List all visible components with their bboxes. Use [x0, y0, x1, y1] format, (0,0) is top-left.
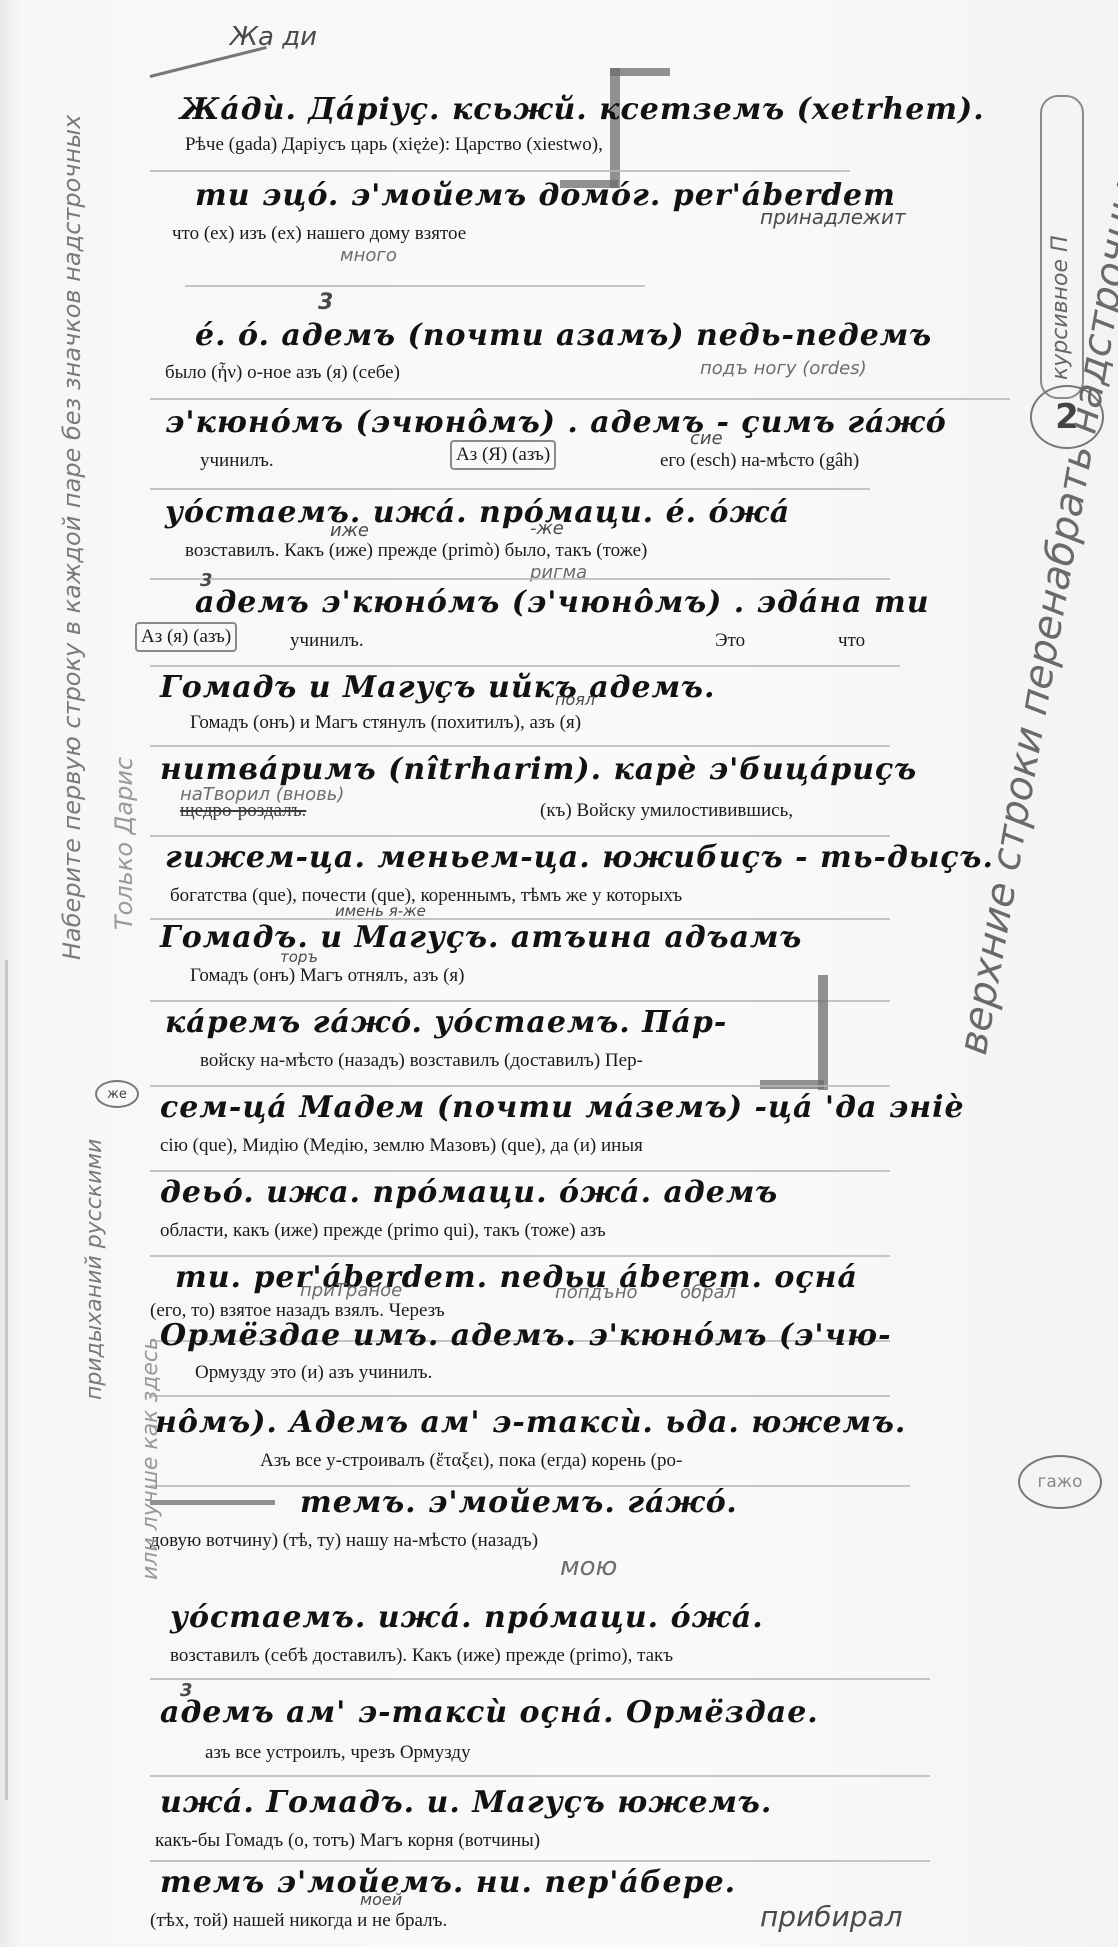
left-margin-circle-mark: же — [95, 1080, 139, 1108]
pencil-rule — [150, 1255, 890, 1257]
gloss-line: области, какъ (иже) прежде (primo qui), … — [160, 1220, 606, 1242]
pencil-bracket-mark — [610, 68, 670, 76]
pencil-rule — [150, 1170, 890, 1172]
gloss-line: азъ все устроилъ, чрезъ Ормузду — [205, 1742, 471, 1764]
gloss-line: какъ-бы Гомадъ (о, тотъ) Магъ корня (вот… — [155, 1830, 540, 1852]
handwritten-correction: прибирал — [760, 1900, 903, 1933]
pencil-bracket-mark — [818, 975, 828, 1090]
original-line: сем-цá Мадем (почти мáземъ) -цá 'да энiè — [160, 1090, 965, 1125]
gloss-line-struck: щедро-роздалъ. — [180, 800, 306, 822]
handwritten-number: 3 — [318, 290, 333, 315]
gloss-line: богатства (que), почести (que), коренным… — [170, 885, 682, 907]
handwritten-correction: поял — [555, 690, 595, 709]
gloss-line: учинилъ. — [290, 630, 364, 652]
handwritten-correction: -же — [530, 518, 564, 539]
original-line: Ормёздае имъ. адемъ. э'кюнóмъ (э'чю- — [160, 1318, 892, 1353]
handwritten-correction: моей — [360, 1890, 402, 1909]
right-margin-large-note: верхние строки перенабрать надстрочных — [950, 155, 1118, 1058]
handwritten-correction: иже — [330, 520, 369, 541]
original-line: э'кюнóмъ (эчюнôмъ) . адемъ - çимъ гáжó — [165, 405, 947, 440]
original-line: нитвáримъ (nîtrharim). карè э'бицáриçъ — [160, 752, 917, 787]
handwritten-correction: приTраное — [300, 1280, 402, 1301]
gloss-line: Это — [715, 630, 745, 652]
scanned-page: Жа ди Жáдù. Дáріуç. ксьжй. ксетземъ (xet… — [0, 0, 1118, 1947]
gloss-line: что (ex) изъ (ex) нашего дому взятое — [172, 223, 466, 245]
original-line: Гомадъ и Магуçъ ийкъ адемъ. — [160, 670, 715, 705]
original-line: é. ó. адемъ (почти азамъ) педь-педемъ — [195, 318, 932, 353]
pencil-rule — [150, 170, 850, 172]
pencil-rule — [150, 398, 1010, 400]
handwritten-correction: обрал — [680, 1282, 736, 1303]
handwritten-boxed-correction: Аз (я) (азъ) — [135, 622, 237, 652]
gloss-line: сію (que), Мидію (Медію, землю Мазовъ) (… — [160, 1135, 643, 1157]
original-line: нôмъ). Адемъ ам' э-таксù. ьда. южемъ. — [155, 1405, 906, 1440]
gloss-line: возставилъ. Какъ (иже) прежде (primò) бы… — [185, 540, 647, 562]
arrow-mark — [150, 46, 267, 78]
pencil-rule — [150, 1000, 890, 1002]
pencil-rule — [150, 665, 900, 667]
dashed-line-mark — [150, 1500, 275, 1505]
left-margin-note: придыханий русскими — [82, 1139, 107, 1400]
gloss-line: Рѣче (gada) Даріусъ царь (xięże): Царств… — [185, 134, 603, 156]
gloss-line: Гомадъ (онъ) Магъ отнялъ, азъ (я) — [190, 965, 464, 987]
gloss-line: его (esch) на-мѣсто (gâh) — [660, 450, 859, 472]
original-line: уóстаемъ. ижá. прóмаци. é. óжá — [165, 495, 790, 530]
handwritten-correction: сие — [690, 428, 723, 449]
gloss-line: что — [838, 630, 865, 652]
original-line: адемъ ам' э-таксù оçнá. Ормёздае. — [160, 1695, 819, 1730]
page-edge-line — [5, 960, 8, 1800]
original-line: темъ э'мойемъ. ни. пер'áбере. — [160, 1865, 736, 1900]
handwritten-correction: мою — [560, 1552, 617, 1582]
right-margin-note: курсивное П — [1048, 235, 1073, 380]
gloss-line: было (ἦν) о-ное азъ (я) (себе) — [165, 362, 400, 384]
original-line: кáремъ гáжó. уóстаемъ. Пáр- — [165, 1005, 727, 1040]
pencil-rule — [150, 835, 890, 837]
pencil-rule — [150, 745, 890, 747]
right-margin-circle-note: гажо — [1018, 1455, 1102, 1509]
gloss-line: войску на-мѣсто (назадъ) возставилъ (дос… — [200, 1050, 643, 1072]
original-line: гижем-ца. меньем-ца. южибиçъ - ть-дыçъ. — [165, 840, 994, 875]
original-line: Гомадъ. и Магуçъ. атъина адъамъ — [160, 920, 802, 955]
handwritten-correction: много — [340, 245, 397, 266]
gloss-line: учинилъ. — [200, 450, 274, 472]
original-line: уóстаемъ. ижá. прóмаци. óжá. — [170, 1600, 764, 1635]
original-line: адемъ э'кюнóмъ (э'чюнôмъ) . эдáна ти — [195, 585, 930, 620]
original-line: Жáдù. Дáріуç. ксьжй. ксетземъ (xetrhem). — [180, 92, 985, 127]
original-line: ти. per'áberdem. педьи áberem. оçнá — [175, 1260, 858, 1295]
gloss-line: Гомадъ (онъ) и Магъ стянулъ (похитилъ), … — [190, 712, 581, 734]
handwritten-correction: принадлежит — [760, 205, 906, 229]
pencil-rule — [185, 285, 645, 287]
original-line: деьó. ижа. прóмаци. óжá. адемъ — [160, 1175, 778, 1210]
original-line: темъ. э'мойемъ. гáжó. — [300, 1485, 738, 1520]
handwritten-boxed-correction: Аз (Я) (азъ) — [450, 440, 556, 470]
left-margin-note: Наберите первую строку в каждой паре без… — [58, 115, 86, 960]
gloss-line: довую вотчину) (тѣ, ту) нашу на-мѣсто (н… — [150, 1530, 538, 1552]
gloss-line: Ормузду это (и) азъ учинилъ. — [195, 1362, 432, 1384]
gloss-line: (къ) Войску умилостивившись, — [540, 800, 793, 822]
gloss-line: возставилъ (себѣ доставилъ). Какъ (иже) … — [170, 1645, 673, 1667]
handwritten-correction: попдъно — [555, 1282, 638, 1303]
pencil-rule — [150, 1395, 890, 1397]
handwritten-correction: торъ — [280, 948, 318, 966]
pencil-rule — [150, 1678, 930, 1680]
pencil-rule — [150, 578, 890, 580]
gloss-line: (тѣх, той) нашей никогда и не бралъ. — [150, 1910, 447, 1932]
handwritten-correction: подъ ногу (ordes) — [700, 358, 867, 379]
left-margin-note: Только Дарис — [110, 757, 138, 930]
pencil-rule — [150, 1860, 930, 1862]
pencil-rule — [150, 488, 870, 490]
pencil-rule — [150, 1085, 890, 1087]
gloss-line: Азъ все у-строивалъ (ἔταξει), пока (егда… — [260, 1450, 682, 1472]
original-line: ижá. Гомадъ. и. Магуçъ южемъ. — [160, 1785, 772, 1820]
top-handwritten-note: Жа ди — [230, 22, 317, 52]
pencil-rule — [150, 1775, 930, 1777]
left-margin-note: или лучше как здесь — [138, 1337, 163, 1580]
